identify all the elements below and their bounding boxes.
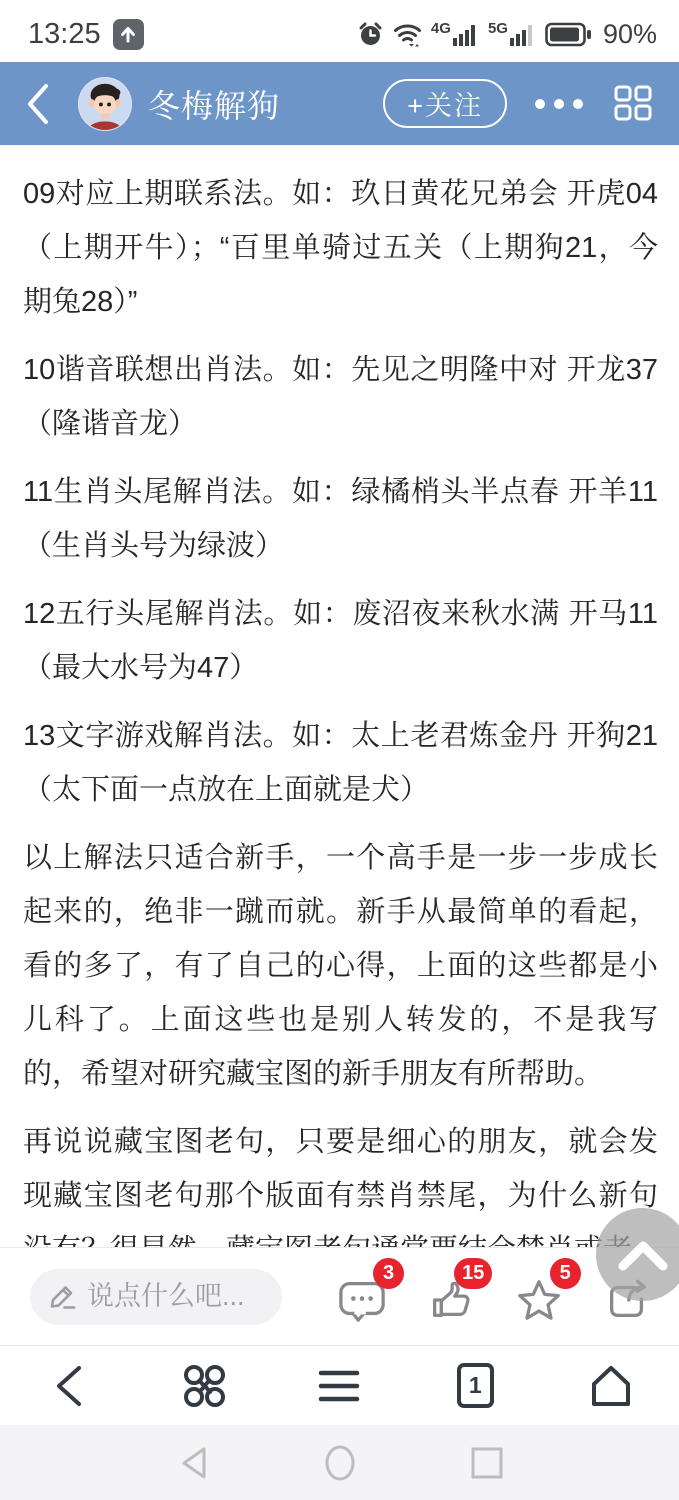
hamburger-menu-icon (315, 1366, 363, 1406)
circle-home-icon (323, 1443, 357, 1483)
signal-4g: 4G (431, 21, 479, 47)
apps-button[interactable] (136, 1346, 272, 1425)
chevron-up-icon (617, 1238, 669, 1272)
dot-icon (554, 99, 564, 109)
tab-count: 1 (469, 1372, 482, 1399)
triangle-back-icon (176, 1443, 210, 1483)
battery-percent: 90% (603, 19, 657, 50)
browser-back-button[interactable] (0, 1346, 136, 1425)
article-paragraph: 12五行头尾解肖法。如：废沼夜来秋水满 开马11（最大水号为47） (23, 587, 658, 695)
tabs-button[interactable]: 1 (407, 1346, 543, 1425)
alarm-icon (357, 21, 384, 48)
clock-time: 13:25 (28, 18, 101, 51)
status-bar: 13:25 4G (0, 0, 679, 62)
article-paragraph: 09对应上期联系法。如：玖日黄花兄弟会 开虎04（上期开牛）；“百里单骑过五关（… (23, 167, 658, 329)
battery-icon (545, 21, 592, 48)
comments-button[interactable]: 3 (338, 1270, 386, 1324)
android-back-button[interactable] (171, 1441, 215, 1485)
more-options-button[interactable] (533, 93, 585, 115)
dot-icon (535, 99, 545, 109)
android-nav-bar (0, 1425, 679, 1500)
menu-button[interactable] (272, 1346, 408, 1425)
browser-nav-bar: 1 (0, 1345, 679, 1425)
status-right: 4G 5G 90% (357, 19, 657, 50)
comment-bar: 3 15 5 (0, 1247, 679, 1345)
android-home-button[interactable] (318, 1441, 362, 1485)
pencil-icon (46, 1280, 79, 1313)
page-title: 冬梅解狗 (148, 81, 280, 127)
app-header: 冬梅解狗 +关注 (0, 62, 679, 145)
article-paragraph: 再说说藏宝图老句，只要是细心的朋友，就会发现藏宝图老句那个版面有禁肖禁尾，为什么… (23, 1115, 658, 1247)
browser-home-button[interactable] (543, 1346, 679, 1425)
upload-arrow-icon (113, 19, 144, 50)
like-button[interactable]: 15 (426, 1270, 474, 1324)
signal-5g: 5G (488, 21, 536, 47)
follow-button[interactable]: +关注 (383, 79, 507, 128)
avatar[interactable] (78, 77, 132, 131)
home-icon (587, 1363, 635, 1409)
comments-badge: 3 (373, 1258, 404, 1289)
multi-window-button[interactable] (611, 82, 655, 126)
article-paragraph: 13文字游戏解肖法。如：太上老君炼金丹 开狗21（太下面一点放在上面就是犬） (23, 709, 658, 817)
article-paragraph: 10谐音联想出肖法。如：先见之明隆中对 开龙37（隆谐音龙） (23, 343, 658, 451)
wifi-icon (393, 21, 422, 47)
comment-input-pill[interactable] (30, 1269, 282, 1325)
favorite-badge: 5 (550, 1258, 581, 1289)
square-recents-icon (470, 1443, 504, 1483)
article-paragraph: 11生肖头尾解肖法。如：绿橘梢头半点春 开羊11（生肖头号为绿波） (23, 465, 658, 573)
clover-apps-icon (179, 1361, 229, 1411)
favorite-button[interactable]: 5 (515, 1270, 563, 1324)
signal-bars-icon (453, 21, 479, 47)
boy-avatar-image (79, 78, 131, 130)
phone-screen: 13:25 4G (0, 0, 679, 1500)
signal-bars-icon (510, 21, 536, 47)
article-paragraph: 以上解法只适合新手，一个高手是一步一步成长起来的，绝非一蹴而就。新手从最简单的看… (23, 831, 658, 1101)
chevron-left-icon (51, 1363, 85, 1409)
dot-icon (573, 99, 583, 109)
like-badge: 15 (454, 1258, 492, 1289)
comment-input[interactable] (87, 1281, 267, 1312)
status-left: 13:25 (28, 18, 144, 51)
article-body: 09对应上期联系法。如：玖日黄花兄弟会 开虎04（上期开牛）；“百里单骑过五关（… (0, 145, 679, 1247)
chevron-left-icon (24, 82, 50, 126)
android-recents-button[interactable] (465, 1441, 509, 1485)
scroll-to-top-button[interactable] (596, 1208, 679, 1301)
tab-counter: 1 (457, 1363, 494, 1408)
grid-icon (611, 82, 655, 126)
back-button[interactable] (24, 79, 64, 129)
